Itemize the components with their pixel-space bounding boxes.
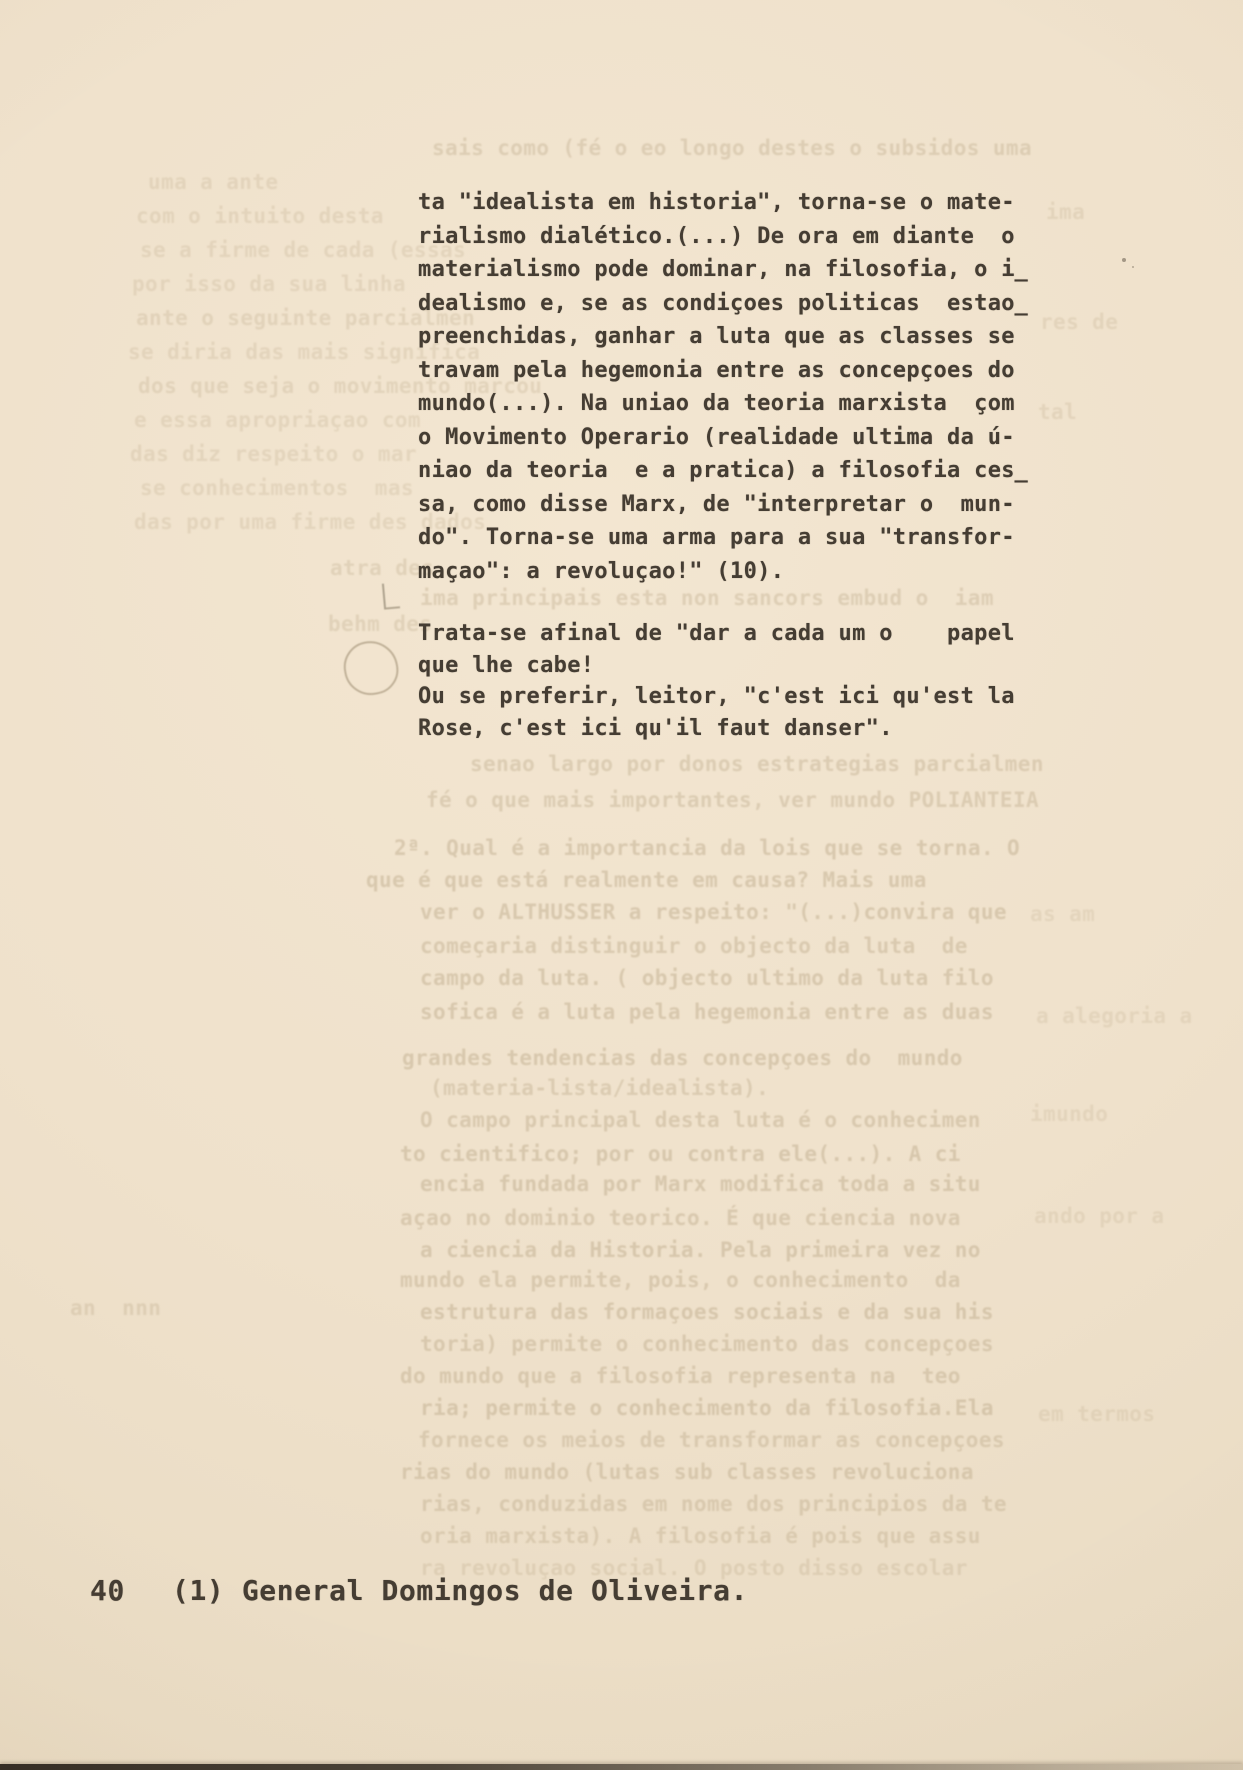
bleedthrough-line: ima principais esta non sancors embud o … <box>420 586 994 610</box>
bleedthrough-line: imundo <box>1030 1102 1108 1126</box>
bleedthrough-line: (materia-lista/idealista). <box>430 1076 769 1100</box>
pencil-mark <box>382 582 400 609</box>
bleedthrough-line: ando por a <box>1034 1204 1164 1228</box>
footnote-text: (1) General Domingos de Oliveira. <box>172 1574 748 1608</box>
bleedthrough-line: fé o que mais importantes, ver mundo POL… <box>426 788 1039 812</box>
bleedthrough-line: 2ª. Qual é a importancia da lois que se … <box>394 836 1020 860</box>
bleedthrough-line: fornece os meios de transformar as conce… <box>418 1428 1005 1452</box>
page-number: 40 <box>90 1574 125 1608</box>
bleedthrough-line: se conhecimentos mas <box>140 476 414 500</box>
bleedthrough-line: toria) permite o conhecimento das concep… <box>420 1332 994 1356</box>
bleedthrough-line: do mundo que a filosofia representa na t… <box>400 1364 961 1388</box>
bleedthrough-line: começaria distinguir o objecto da luta d… <box>420 934 968 958</box>
bleedthrough-line: estrutura das formaçoes sociais e da sua… <box>420 1300 994 1324</box>
bleedthrough-line: grandes tendencias das concepçoes do mun… <box>402 1046 963 1070</box>
bleedthrough-line: to cientifico; por ou contra ele(...). A… <box>400 1142 961 1166</box>
closing-paragraph: Trata-se afinal de "dar a cada um o pape… <box>418 618 1015 744</box>
scanned-document-page: sais como (fé o eo longo destes o subsid… <box>0 0 1243 1770</box>
bleedthrough-line: encia fundada por Marx modifica toda a s… <box>420 1172 981 1196</box>
bleedthrough-line: tal <box>1038 400 1077 424</box>
circular-stamp-mark <box>340 637 403 700</box>
bleedthrough-line: das diz respeito o mar <box>130 442 417 466</box>
bleedthrough-line: O campo principal desta luta é o conheci… <box>420 1108 981 1132</box>
ink-speck-marks <box>1122 258 1126 262</box>
bleedthrough-line: rias do mundo (lutas sub classes revoluc… <box>400 1460 974 1484</box>
bleedthrough-line: behm des <box>328 612 432 636</box>
bleedthrough-line: mundo ela permite, pois, o conhecimento … <box>400 1268 961 1292</box>
bleedthrough-line: sofica é a luta pela hegemonia entre as … <box>420 1000 994 1024</box>
scan-bottom-edge <box>0 1764 1243 1770</box>
bleedthrough-line: e essa apropriaçao com <box>134 408 421 432</box>
bleedthrough-line: em termos <box>1038 1402 1155 1426</box>
bleedthrough-line: an nnn <box>70 1296 161 1320</box>
bleedthrough-line: rias, conduzidas em nome dos principios … <box>420 1492 1007 1516</box>
quoted-passage-paragraph: ta "idealista em historia", torna-se o m… <box>418 186 1028 588</box>
bleedthrough-line: ria; permite o conhecimento da filosofia… <box>420 1396 994 1420</box>
bleedthrough-line: que é que está realmente em causa? Mais … <box>366 868 927 892</box>
bleedthrough-line: as am <box>1030 902 1095 926</box>
bleedthrough-line: sais como (fé o eo longo destes o subsid… <box>432 136 1032 160</box>
bleedthrough-line: ver o ALTHUSSER a respeito: "(...)convir… <box>420 900 1007 924</box>
bleedthrough-line: ima <box>1046 200 1085 224</box>
bleedthrough-line: oria marxista). A filosofia é pois que a… <box>420 1524 981 1548</box>
bleedthrough-line: a ciencia da Historia. Pela primeira vez… <box>420 1238 981 1262</box>
bleedthrough-line: campo da luta. ( objecto ultimo da luta … <box>420 966 994 990</box>
bleedthrough-line: com o intuito desta <box>136 204 384 228</box>
bleedthrough-line: açao no dominio teorico. É que ciencia n… <box>400 1206 961 1230</box>
bleedthrough-line: por isso da sua linha <box>132 272 406 296</box>
bleedthrough-line: res de <box>1040 310 1118 334</box>
bleedthrough-line: a alegoria a <box>1036 1004 1193 1028</box>
bleedthrough-line: senao largo por donos estrategias parcia… <box>470 752 1044 776</box>
bleedthrough-line: uma a ante <box>148 170 278 194</box>
